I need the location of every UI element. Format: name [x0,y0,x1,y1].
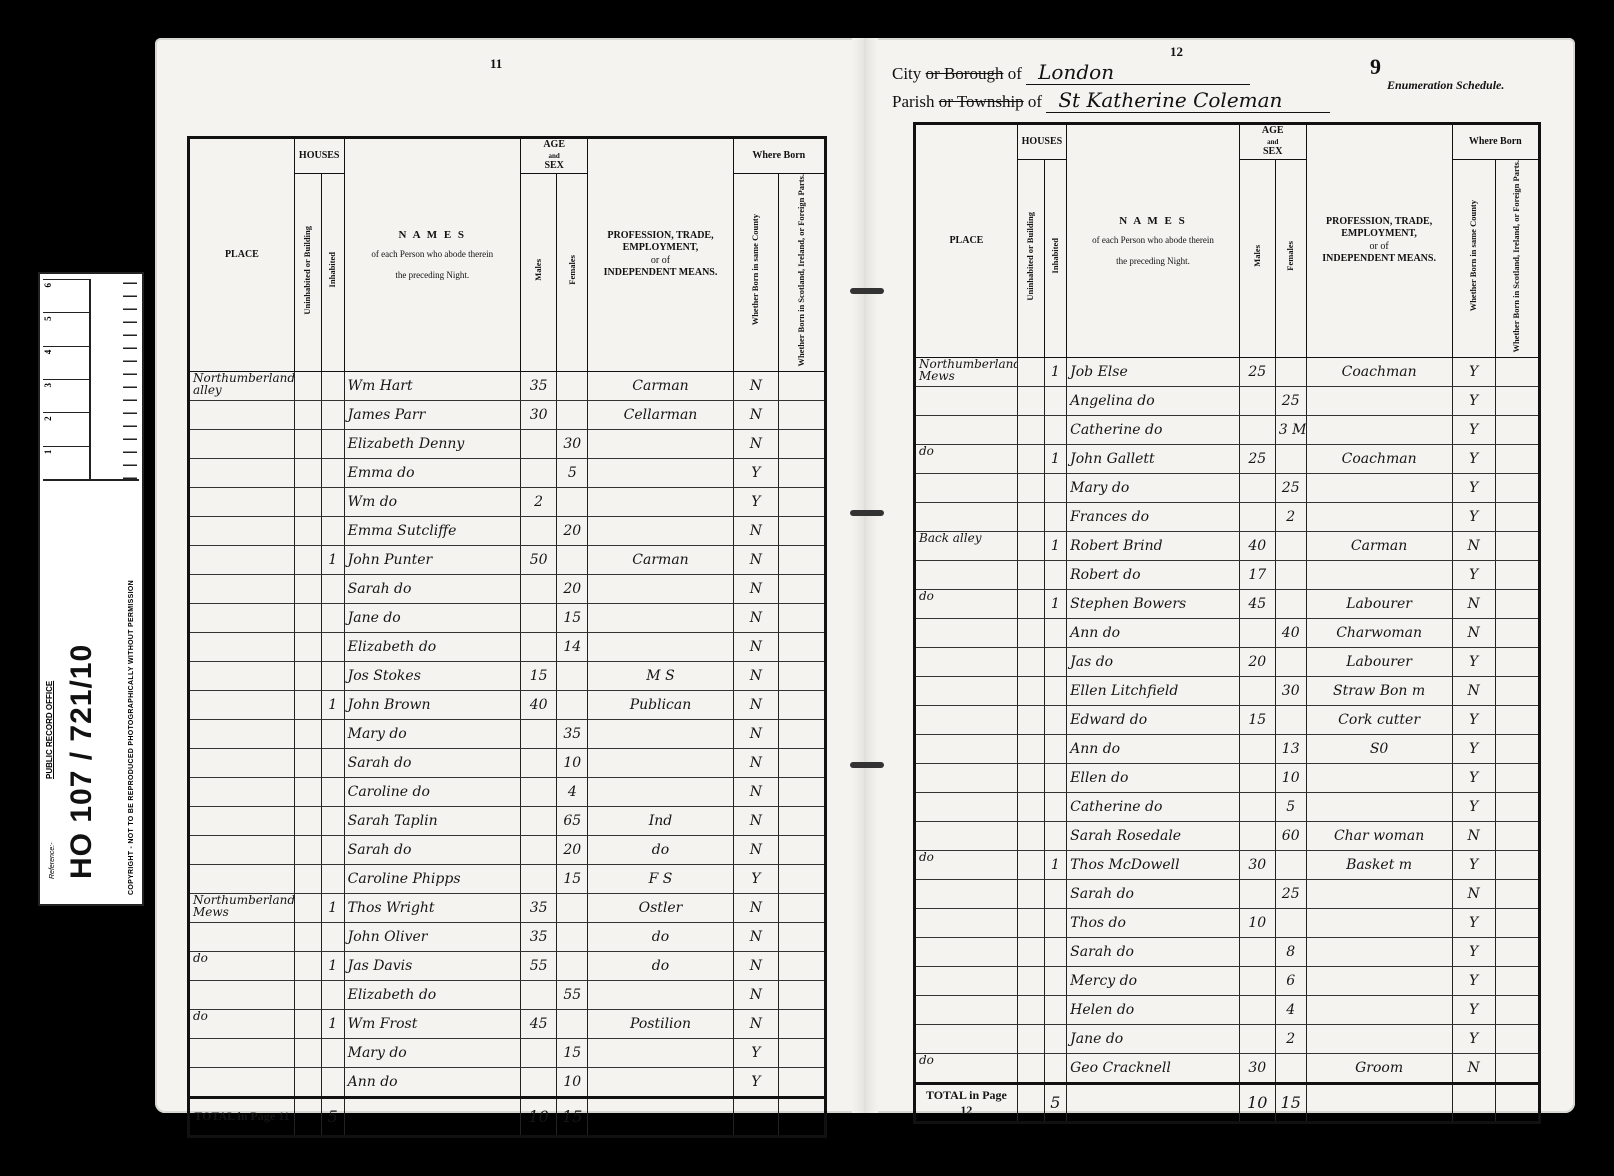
occupation-cell: Groom [1306,1053,1452,1083]
male-age-cell: 20 [1239,647,1275,676]
occupation-cell: Cork cutter [1306,705,1452,734]
occupation-cell [1306,1024,1452,1053]
occupation-cell: Cellarman [588,400,733,429]
uninhabited-cell [1017,763,1044,792]
name-cell: Caroline Phipps [344,864,520,893]
occupation-cell [1306,908,1452,937]
male-age-cell [1239,763,1275,792]
uninhabited-cell [1017,937,1044,966]
born-foreign-cell [779,603,826,632]
uninhabited-cell [294,777,321,806]
inhabited-cell [1044,908,1067,937]
occupation-cell: Carman [1306,531,1452,560]
inhabited-cell [1044,879,1067,908]
uninhabited-cell [1017,850,1044,879]
born-foreign-cell [779,951,826,980]
occupation-cell [588,603,733,632]
uninhabited-cell [294,545,321,574]
total-females: 15 [1275,1083,1306,1122]
occupation-cell: Straw Bon m [1306,676,1452,705]
male-age-cell: 30 [520,400,556,429]
where-born-header: Where Born [733,138,825,174]
ruler-mark: 1 [43,446,89,479]
born-same-county-cell: N [733,806,779,835]
total-females: 15 [557,1097,588,1136]
uninhabited-cell [294,719,321,748]
born-same-county-cell: N [1452,676,1495,705]
born-foreign-cell [779,371,826,400]
female-age-cell: 30 [1275,676,1306,705]
male-age-cell [520,603,556,632]
born-same-county-cell: N [733,632,779,661]
census-row: do1John Gallett25CoachmanY [915,444,1540,473]
born-foreign-cell [1495,937,1539,966]
female-age-cell [557,400,588,429]
census-row: Helen do4Y [915,995,1540,1024]
name-cell: John Punter [344,545,520,574]
total-label: TOTAL in Page 11 [189,1097,295,1136]
female-age-cell: 5 [1275,792,1306,821]
uninhabited-cell [294,951,321,980]
male-age-cell: 55 [520,951,556,980]
born-same-county-cell: Y [733,1067,779,1097]
census-row: Ann do13S0Y [915,734,1540,763]
census-row: Jane do15N [189,603,826,632]
place-cell: do [915,1053,1018,1083]
name-cell: Angelina do [1067,386,1240,415]
name-cell: John Gallett [1067,444,1240,473]
place-cell [189,603,295,632]
born-same-county-cell: N [1452,589,1495,618]
name-cell: Job Else [1067,357,1240,386]
uninhabited-cell [1017,792,1044,821]
occupation-cell [1306,560,1452,589]
born-same-county-cell: N [733,400,779,429]
born-foreign-cell [779,1067,826,1097]
census-row: Northumberland Mews1Job Else25CoachmanY [915,357,1540,386]
place-cell [189,806,295,835]
place-cell [915,937,1018,966]
ruler-mark: 6 [43,279,89,312]
census-row: doGeo Cracknell30GroomN [915,1053,1540,1083]
male-age-cell [1239,1024,1275,1053]
born-same-county-cell: Y [1452,995,1495,1024]
born-foreign-cell [779,632,826,661]
uninhabited-cell [1017,531,1044,560]
occupation-cell: Char woman [1306,821,1452,850]
born-foreign-cell [1495,1053,1539,1083]
uninhabited-cell [294,1067,321,1097]
record-office-label: PUBLIC RECORD OFFICE [45,681,54,779]
female-age-cell: 2 [1275,1024,1306,1053]
census-row: do1Stephen Bowers45LabourerN [915,589,1540,618]
inhabited-cell: 1 [321,893,344,922]
name-cell: Sarah do [344,835,520,864]
name-cell: Ann do [1067,734,1240,763]
name-cell: Catherine do [1067,792,1240,821]
inhabited-cell [321,748,344,777]
female-age-cell [557,545,588,574]
inhabited-cell [321,806,344,835]
female-age-cell: 15 [557,1038,588,1067]
female-age-cell: 20 [557,574,588,603]
born-same-county-cell: Y [733,1038,779,1067]
name-cell: Helen do [1067,995,1240,1024]
name-cell: Thos McDowell [1067,850,1240,879]
uninhabited-cell [294,400,321,429]
occupation-cell: Charwoman [1306,618,1452,647]
page-number: 11 [490,56,502,72]
census-row: Thos do10Y [915,908,1540,937]
male-age-cell [520,864,556,893]
female-age-cell: 13 [1275,734,1306,763]
born-foreign-cell [1495,879,1539,908]
female-age-cell: 20 [557,835,588,864]
census-row: Jas do20LabourerY [915,647,1540,676]
census-row: Angelina do25Y [915,386,1540,415]
city-value: London [1026,60,1250,85]
place-cell [189,835,295,864]
born-same-county-cell: Y [1452,1024,1495,1053]
born-foreign-cell [1495,908,1539,937]
inhabited-cell [321,922,344,951]
place-cell: do [915,850,1018,879]
male-age-cell: 15 [520,661,556,690]
born-same-county-cell: N [733,922,779,951]
female-age-cell: 8 [1275,937,1306,966]
place-cell [915,618,1018,647]
female-age-cell [557,951,588,980]
born-same-county-cell: Y [733,487,779,516]
name-cell: Sarah do [344,748,520,777]
male-age-cell: 2 [520,487,556,516]
male-age-cell [1239,734,1275,763]
name-cell: Sarah do [1067,937,1240,966]
born-foreign-cell [779,748,826,777]
uninhabited-cell [1017,1053,1044,1083]
census-row: do1Wm Frost45PostilionN [189,1009,826,1038]
uninhabited-cell [294,632,321,661]
female-age-cell [557,487,588,516]
name-cell: Thos do [1067,908,1240,937]
inhabited-cell [321,429,344,458]
place-cell [915,734,1018,763]
uninhabited-cell [1017,879,1044,908]
place-cell: do [189,1009,295,1038]
occupation-cell [588,632,733,661]
female-age-cell [557,922,588,951]
names-header: N A M E Sof each Person who abode therei… [1067,124,1240,358]
uninhabited-cell [294,487,321,516]
name-cell: Catherine do [1067,415,1240,444]
inhabited-cell [321,1038,344,1067]
place-cell [189,1038,295,1067]
census-row: Mary do25Y [915,473,1540,502]
census-row: Mary do35N [189,719,826,748]
male-age-cell: 35 [520,922,556,951]
born-foreign-cell [779,806,826,835]
born-same-county-cell: N [1452,821,1495,850]
occupation-cell [588,1067,733,1097]
born-foreign-cell [1495,850,1539,879]
occupation-cell [1306,415,1452,444]
female-age-cell: 60 [1275,821,1306,850]
place-cell: Northumberland Mews [189,893,295,922]
born-same-county-cell: N [1452,1053,1495,1083]
census-row: Caroline Phipps15F SY [189,864,826,893]
inhabited-cell [1044,386,1067,415]
name-cell: Sarah do [344,574,520,603]
ruler-mark: 4 [43,346,89,379]
census-row: Sarah Rosedale60Char womanN [915,821,1540,850]
inhabited-cell [321,719,344,748]
census-row: Jos Stokes15M SN [189,661,826,690]
male-age-cell [520,574,556,603]
place-cell [915,908,1018,937]
name-cell: Elizabeth do [344,632,520,661]
born-foreign-cell [1495,502,1539,531]
born-same-county-cell: Y [1452,705,1495,734]
male-age-cell [520,1067,556,1097]
male-age-cell [1239,386,1275,415]
female-age-cell [1275,850,1306,879]
names-header: N A M E Sof each Person who abode therei… [344,138,520,372]
left-page: 11 PLACE HOUSES N A M E Sof each Person … [155,38,865,1113]
total-row: TOTAL in Page 11 5 10 15 [189,1097,826,1136]
ruler-mark: 5 [43,312,89,345]
born-foreign-cell [1495,531,1539,560]
place-cell [915,705,1018,734]
male-age-cell [1239,966,1275,995]
uninhabited-cell [1017,1024,1044,1053]
place-cell [189,1067,295,1097]
place-cell [915,647,1018,676]
inhabited-cell [321,864,344,893]
uninhabited-cell [1017,676,1044,705]
born-foreign-cell [1495,647,1539,676]
census-row: John Oliver35doN [189,922,826,951]
uninhabited-cell [294,1009,321,1038]
total-males: 10 [520,1097,556,1136]
born-foreign-cell [1495,560,1539,589]
occupation-cell: M S [588,661,733,690]
male-age-cell [520,429,556,458]
name-cell: Emma do [344,458,520,487]
born-same-county-cell: N [733,777,779,806]
reference-label: Reference:- [49,842,56,879]
name-cell: Mary do [344,719,520,748]
inhabited-cell: 1 [1044,850,1067,879]
born-same-county-cell: Y [1452,473,1495,502]
ruler-mark: 2 [43,412,89,445]
name-cell: Sarah Taplin [344,806,520,835]
female-age-cell [1275,589,1306,618]
name-cell: Stephen Bowers [1067,589,1240,618]
place-cell [915,386,1018,415]
male-age-cell: 15 [1239,705,1275,734]
same-county-header: Whether Born in same County [1452,159,1495,357]
place-cell: Northumberland Mews [915,357,1018,386]
male-age-cell [1239,676,1275,705]
foreign-born-header: Whether Born in Scotland, Ireland, or Fo… [1495,159,1539,357]
place-cell: do [189,951,295,980]
name-cell: Thos Wright [344,893,520,922]
name-cell: Sarah do [1067,879,1240,908]
female-age-cell [1275,444,1306,473]
place-cell [189,516,295,545]
uninhabited-cell [294,371,321,400]
where-born-header: Where Born [1452,124,1539,160]
place-header: PLACE [915,124,1018,358]
female-age-cell [557,690,588,719]
uninhabited-cell [294,893,321,922]
census-row: Ann do40CharwomanN [915,618,1540,647]
occupation-cell [1306,966,1452,995]
male-age-cell: 25 [1239,444,1275,473]
occupation-cell [588,719,733,748]
profession-header: PROFESSION, TRADE,EMPLOYMENT,or ofINDEPE… [1306,124,1452,358]
inhabited-cell [1044,676,1067,705]
born-same-county-cell: N [733,574,779,603]
census-row: 1John Punter50CarmanN [189,545,826,574]
place-cell [189,632,295,661]
female-age-cell: 25 [1275,879,1306,908]
female-age-cell [557,1009,588,1038]
born-foreign-cell [779,835,826,864]
uninhabited-header: Uninhabited or Building [294,173,321,371]
born-foreign-cell [779,574,826,603]
place-cell [189,864,295,893]
place-cell [915,995,1018,1024]
uninhabited-cell [1017,589,1044,618]
uninhabited-cell [294,661,321,690]
occupation-cell [1306,473,1452,502]
place-cell: Back alley [915,531,1018,560]
occupation-cell: Coachman [1306,444,1452,473]
place-cell [189,748,295,777]
male-age-cell [520,632,556,661]
born-same-county-cell: Y [1452,792,1495,821]
born-same-county-cell: N [733,429,779,458]
inhabited-cell [1044,763,1067,792]
male-age-cell [520,458,556,487]
born-same-county-cell: N [733,516,779,545]
born-same-county-cell: Y [1452,937,1495,966]
houses-header: HOUSES [294,138,344,174]
place-cell [189,400,295,429]
male-age-cell [1239,473,1275,502]
male-age-cell: 45 [520,1009,556,1038]
born-foreign-cell [779,400,826,429]
uninhabited-cell [1017,995,1044,1024]
uninhabited-cell [294,806,321,835]
occupation-cell: S0 [1306,734,1452,763]
occupation-cell: do [588,951,733,980]
born-same-county-cell: N [1452,879,1495,908]
male-age-cell [520,980,556,1009]
inhabited-cell [1044,618,1067,647]
born-foreign-cell [1495,792,1539,821]
total-inhabited: 5 [321,1097,344,1136]
schedule-number: 9 [1370,54,1381,80]
born-same-county-cell: Y [1452,763,1495,792]
name-cell: Caroline do [344,777,520,806]
inhabited-cell [321,458,344,487]
occupation-cell [1306,386,1452,415]
female-age-cell [1275,908,1306,937]
female-age-cell [1275,531,1306,560]
male-age-cell [520,835,556,864]
name-cell: Robert do [1067,560,1240,589]
female-age-cell: 10 [557,1067,588,1097]
census-row: Sarah do20doN [189,835,826,864]
name-cell: Mary do [344,1038,520,1067]
census-row: Sarah do10N [189,748,826,777]
uninhabited-cell [1017,821,1044,850]
name-cell: Ann do [344,1067,520,1097]
census-row: Elizabeth do14N [189,632,826,661]
page-number: 12 [1170,44,1183,60]
occupation-cell [588,516,733,545]
name-cell: Elizabeth do [344,980,520,1009]
age-sex-header: AGEandSEX [520,138,587,174]
name-cell: Ann do [1067,618,1240,647]
born-foreign-cell [779,922,826,951]
census-row: Mercy do6Y [915,966,1540,995]
name-cell: James Parr [344,400,520,429]
female-age-cell: 5 [557,458,588,487]
name-cell: Frances do [1067,502,1240,531]
place-cell [915,966,1018,995]
reference-number: HO 107 / 721/10 [65,644,99,879]
born-same-county-cell: Y [1452,444,1495,473]
place-cell: do [915,444,1018,473]
place-cell [915,502,1018,531]
inhabited-cell: 1 [321,545,344,574]
census-row: Catherine do3 MoY [915,415,1540,444]
census-row: do1Jas Davis55doN [189,951,826,980]
born-same-county-cell: Y [1452,734,1495,763]
female-age-cell: 10 [1275,763,1306,792]
census-row: Sarah do25N [915,879,1540,908]
female-age-cell: 10 [557,748,588,777]
place-header: PLACE [189,138,295,372]
census-row: Sarah do8Y [915,937,1540,966]
occupation-cell: Labourer [1306,589,1452,618]
inhabited-cell [321,400,344,429]
uninhabited-cell [1017,560,1044,589]
occupation-cell [1306,792,1452,821]
name-cell: Robert Brind [1067,531,1240,560]
born-foreign-cell [1495,589,1539,618]
name-cell: Ellen Litchfield [1067,676,1240,705]
place-cell [189,545,295,574]
census-row: Emma Sutcliffe20N [189,516,826,545]
male-age-cell [520,777,556,806]
inhabited-cell [321,980,344,1009]
male-age-cell [1239,879,1275,908]
city-line: City or Borough of London [892,60,1250,85]
place-cell [915,473,1018,502]
name-cell: Wm do [344,487,520,516]
place-cell [915,879,1018,908]
name-cell: John Brown [344,690,520,719]
male-age-cell [520,1038,556,1067]
total-row: TOTAL in Page 12 5 10 15 [915,1083,1540,1122]
male-age-cell: 25 [1239,357,1275,386]
occupation-cell [1306,502,1452,531]
uninhabited-cell [1017,705,1044,734]
